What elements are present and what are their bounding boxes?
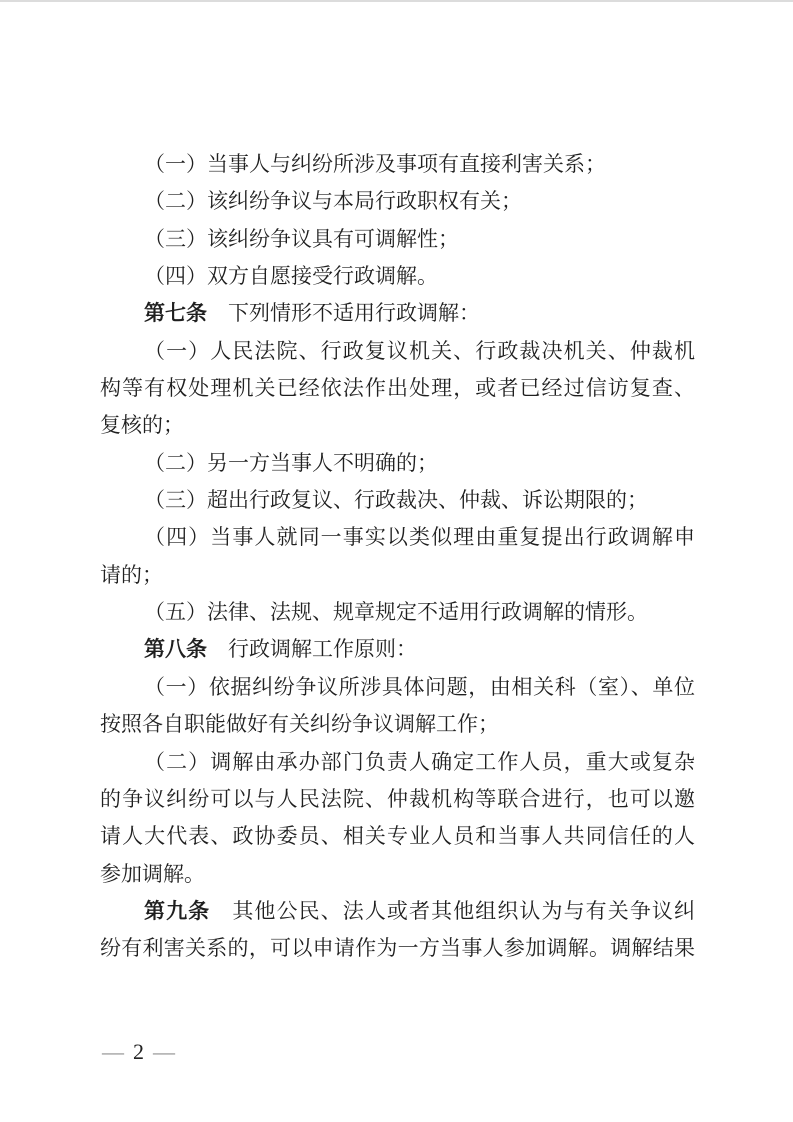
text-line: 的争议纠纷可以与人民法院、仲裁机构等联合进行，也可以邀 bbox=[100, 781, 695, 818]
text-line: （二）另一方当事人不明确的； bbox=[100, 445, 695, 482]
text-line: （一）人民法院、行政复议机关、行政裁决机关、仲裁机 bbox=[100, 333, 695, 370]
text-line: 第七条 下列情形不适用行政调解： bbox=[100, 295, 695, 332]
line-text: （二）该纠纷争议与本局行政职权有关； bbox=[144, 189, 522, 213]
page-number: 2 bbox=[133, 1039, 144, 1064]
text-line: 纷有利害关系的，可以申请作为一方当事人参加调解。调解结果 bbox=[100, 930, 695, 967]
article-term: 第七条 bbox=[144, 301, 207, 325]
line-text: 的争议纠纷可以与人民法院、仲裁机构等联合进行，也可以邀 bbox=[100, 787, 695, 811]
text-line: （四）当事人就同一事实以类似理由重复提出行政调解申 bbox=[100, 519, 695, 556]
line-text: 请人大代表、政协委员、相关专业人员和当事人共同信任的人 bbox=[100, 824, 695, 848]
line-text: （四）双方自愿接受行政调解。 bbox=[144, 264, 438, 288]
line-text: 复核的； bbox=[100, 413, 184, 437]
line-text: 下列情形不适用行政调解： bbox=[207, 301, 480, 325]
line-text: （一）当事人与纠纷所涉及事项有直接利害关系； bbox=[144, 152, 606, 176]
text-line: （二）调解由承办部门负责人确定工作人员，重大或复杂 bbox=[100, 744, 695, 781]
line-text: 纷有利害关系的，可以申请作为一方当事人参加调解。调解结果 bbox=[100, 936, 695, 960]
text-line: （五）法律、法规、规章规定不适用行政调解的情形。 bbox=[100, 594, 695, 631]
line-text: 按照各自职能做好有关纠纷争议调解工作； bbox=[100, 712, 499, 736]
text-line: （三）超出行政复议、行政裁决、仲裁、诉讼期限的； bbox=[100, 482, 695, 519]
text-line: 参加调解。 bbox=[100, 856, 695, 893]
line-text: 构等有权处理机关已经依法作出处理，或者已经过信访复查、 bbox=[100, 376, 695, 400]
line-text: 行政调解工作原则： bbox=[207, 637, 417, 661]
text-line: （三）该纠纷争议具有可调解性； bbox=[100, 221, 695, 258]
scan-edge-line bbox=[0, 0, 793, 2]
article-term: 第八条 bbox=[144, 637, 207, 661]
text-line: （四）双方自愿接受行政调解。 bbox=[100, 258, 695, 295]
line-text: （三）超出行政复议、行政裁决、仲裁、诉讼期限的； bbox=[144, 488, 648, 512]
line-text: 请的； bbox=[100, 563, 163, 587]
page-footer: —2— bbox=[102, 1039, 175, 1065]
line-text: 参加调解。 bbox=[100, 862, 205, 886]
text-line: 请人大代表、政协委员、相关专业人员和当事人共同信任的人 bbox=[100, 818, 695, 855]
line-text: （一）人民法院、行政复议机关、行政裁决机关、仲裁机 bbox=[144, 339, 695, 363]
text-line: 按照各自职能做好有关纠纷争议调解工作； bbox=[100, 706, 695, 743]
text-line: （二）该纠纷争议与本局行政职权有关； bbox=[100, 183, 695, 220]
line-text: 其他公民、法人或者其他组织认为与有关争议纠 bbox=[210, 899, 695, 923]
text-line: 第九条 其他公民、法人或者其他组织认为与有关争议纠 bbox=[100, 893, 695, 930]
text-line: 第八条 行政调解工作原则： bbox=[100, 631, 695, 668]
text-line: 请的； bbox=[100, 557, 695, 594]
line-text: （三）该纠纷争议具有可调解性； bbox=[144, 227, 459, 251]
line-text: （二）另一方当事人不明确的； bbox=[144, 451, 438, 475]
line-text: （一）依据纠纷争议所涉具体问题，由相关科（室）、单位 bbox=[144, 675, 695, 699]
line-text: （二）调解由承办部门负责人确定工作人员，重大或复杂 bbox=[144, 750, 695, 774]
text-line: 复核的； bbox=[100, 407, 695, 444]
text-line: 构等有权处理机关已经依法作出处理，或者已经过信访复查、 bbox=[100, 370, 695, 407]
text-line: （一）当事人与纠纷所涉及事项有直接利害关系； bbox=[100, 146, 695, 183]
line-text: （四）当事人就同一事实以类似理由重复提出行政调解申 bbox=[144, 525, 695, 549]
document-body: （一）当事人与纠纷所涉及事项有直接利害关系； （二）该纠纷争议与本局行政职权有关… bbox=[100, 146, 695, 968]
line-text: （五）法律、法规、规章规定不适用行政调解的情形。 bbox=[144, 600, 648, 624]
footer-dash-left: — bbox=[102, 1039, 124, 1064]
footer-dash-right: — bbox=[153, 1039, 175, 1064]
article-term: 第九条 bbox=[144, 899, 210, 923]
text-line: （一）依据纠纷争议所涉具体问题，由相关科（室）、单位 bbox=[100, 669, 695, 706]
document-page: （一）当事人与纠纷所涉及事项有直接利害关系； （二）该纠纷争议与本局行政职权有关… bbox=[0, 0, 793, 1122]
